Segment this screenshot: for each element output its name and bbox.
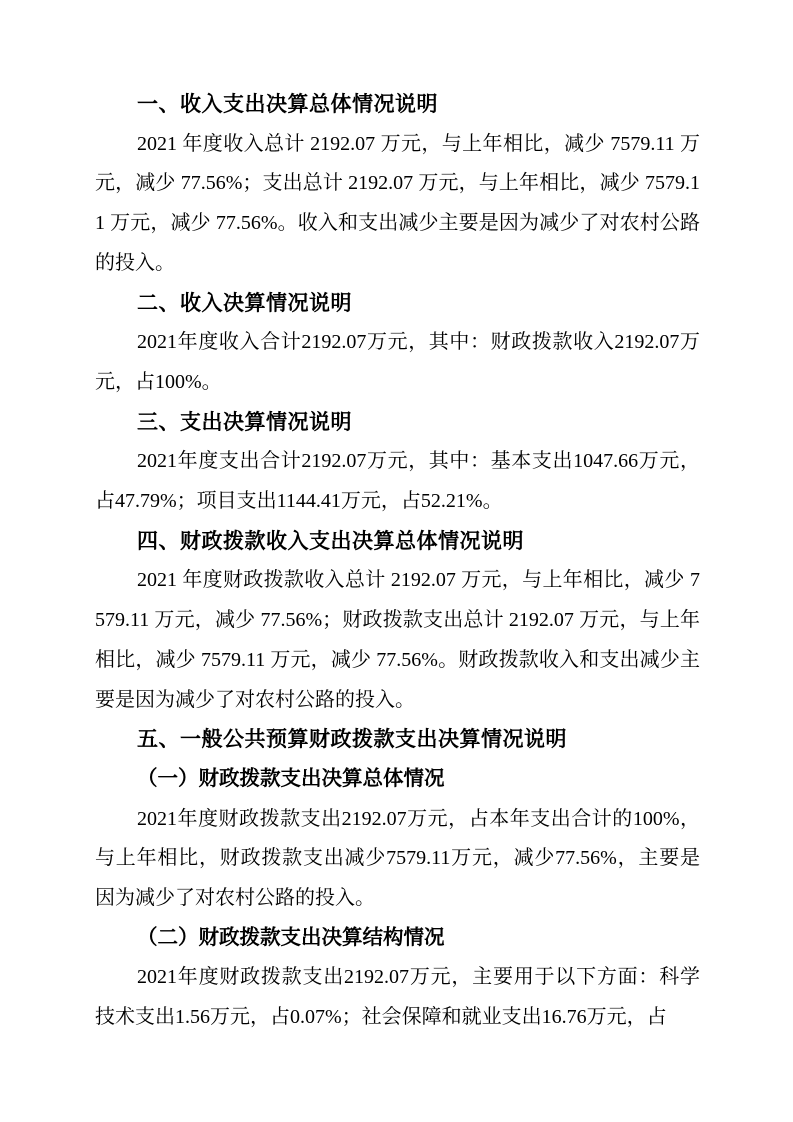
section-heading-public-budget-expense: 五、一般公共预算财政拨款支出决算情况说明	[95, 720, 700, 760]
subsection-heading-expense-overall: （一）财政拨款支出决算总体情况	[95, 760, 700, 800]
section-heading-expense-final: 三、支出决算情况说明	[95, 403, 700, 443]
section-heading-fiscal-appropriation-overview: 四、财政拨款收入支出决算总体情况说明	[95, 522, 700, 562]
document-content: 一、收入支出决算总体情况说明 2021 年度收入总计 2192.07 万元，与上…	[95, 85, 700, 1038]
section-heading-income-final: 二、收入决算情况说明	[95, 284, 700, 324]
paragraph-expense-final: 2021年度支出合计2192.07万元，其中：基本支出1047.66万元，占47…	[95, 442, 700, 521]
paragraph-expense-structure: 2021年度财政拨款支出2192.07万元，主要用于以下方面：科学技术支出1.5…	[95, 958, 700, 1037]
paragraph-income-expense-overview: 2021 年度收入总计 2192.07 万元，与上年相比，减少 7579.11 …	[95, 125, 700, 284]
paragraph-expense-overall: 2021年度财政拨款支出2192.07万元，占本年支出合计的100%，与上年相比…	[95, 800, 700, 919]
subsection-heading-expense-structure: （二）财政拨款支出决算结构情况	[95, 919, 700, 959]
paragraph-fiscal-appropriation-overview: 2021 年度财政拨款收入总计 2192.07 万元，与上年相比，减少 7579…	[95, 561, 700, 720]
paragraph-income-final: 2021年度收入合计2192.07万元，其中：财政拨款收入2192.07万元，占…	[95, 323, 700, 402]
document-page: 一、收入支出决算总体情况说明 2021 年度收入总计 2192.07 万元，与上…	[0, 0, 793, 1122]
section-heading-income-expense-overview: 一、收入支出决算总体情况说明	[95, 85, 700, 125]
